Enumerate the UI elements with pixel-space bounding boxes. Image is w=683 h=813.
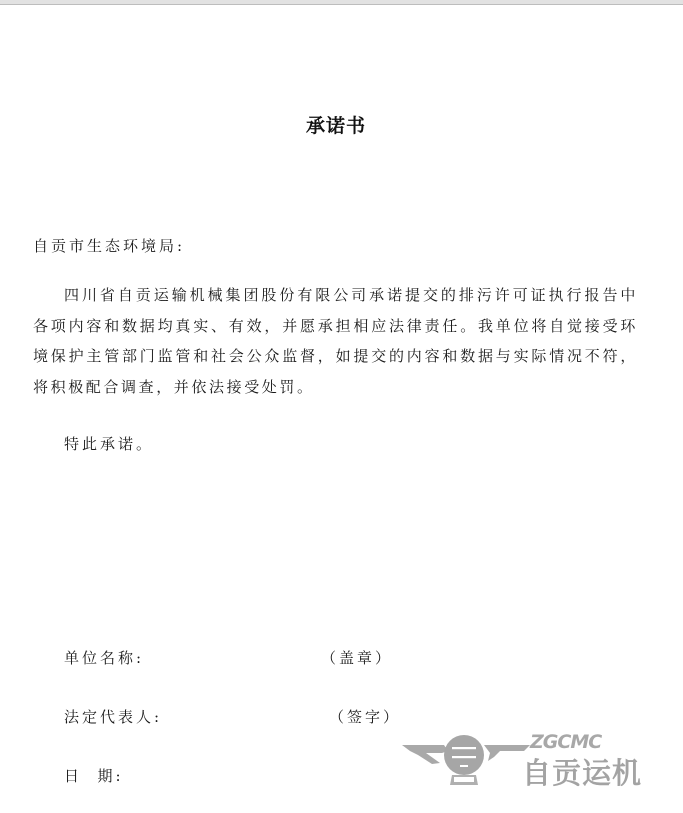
document-page: 承诺书 自贡市生态环境局: 四川省自贡运输机械集团股份有限公司承诺提交的排污许可… [0, 5, 683, 813]
page-title: 承诺书 [0, 111, 672, 138]
company-watermark: ZGCMC 自贡运机 [402, 731, 662, 791]
addressee: 自贡市生态环境局: [33, 235, 185, 256]
closing-line: 特此承诺。 [64, 433, 154, 454]
seal-note: （盖章） [321, 647, 393, 668]
commitment-body: 四川省自贡运输机械集团股份有限公司承诺提交的排污许可证执行报告中各项内容和数据均… [33, 280, 638, 402]
legal-rep-label: 法定代表人: [64, 706, 162, 727]
watermark-brand-en: ZGCMC [530, 731, 601, 753]
watermark-brand-cn: 自贡运机 [522, 751, 642, 792]
unit-name-label: 单位名称: [64, 647, 144, 668]
date-label: 日 期: [64, 765, 124, 786]
winged-drum-logo-icon [402, 731, 532, 789]
signature-note: （签字） [329, 706, 401, 727]
